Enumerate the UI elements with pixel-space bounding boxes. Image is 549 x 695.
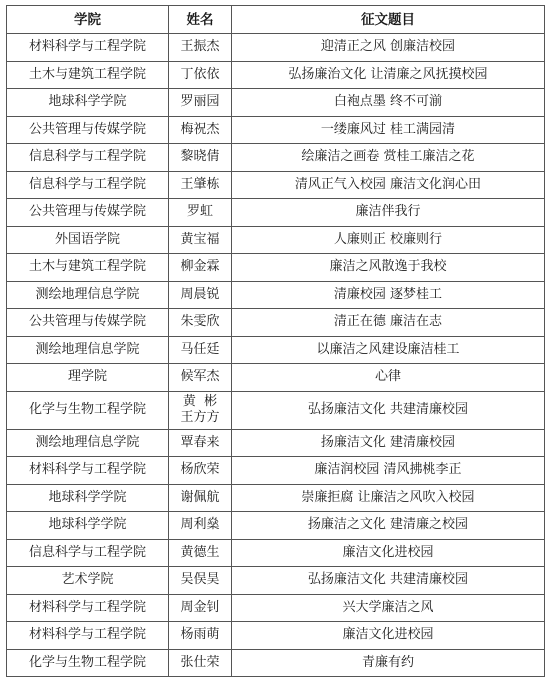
name-cell: 朱雯欣 [169, 309, 232, 337]
title-cell: 绘廉洁之画卷 赏桂工廉洁之花 [232, 144, 545, 172]
title-cell: 清廉校园 逐梦桂工 [232, 281, 545, 309]
table-row: 化学与生物工程学院黄 彬王方方弘扬廉洁文化 共建清廉校园 [7, 391, 545, 429]
table-row: 材料科学与工程学院周金钊兴大学廉洁之风 [7, 594, 545, 622]
table-row: 测绘地理信息学院马任廷以廉洁之风建设廉洁桂工 [7, 336, 545, 364]
essay-winners-table: 学院 姓名 征文题目 材料科学与工程学院王振杰迎清正之风 创廉洁校园 土木与建筑… [6, 5, 545, 677]
college-cell: 材料科学与工程学院 [7, 34, 169, 62]
name-cell: 周晨锐 [169, 281, 232, 309]
table-row: 信息科学与工程学院黄德生廉洁文化进校园 [7, 539, 545, 567]
table-row: 地球科学学院罗丽园白袍点墨 终不可湔 [7, 89, 545, 117]
table-row: 公共管理与传媒学院朱雯欣清正在德 廉洁在志 [7, 309, 545, 337]
title-cell: 廉洁润校园 清风拂桃李正 [232, 457, 545, 485]
title-cell: 人廉则正 校廉则行 [232, 226, 545, 254]
name-cell: 罗虹 [169, 199, 232, 227]
table-row: 外国语学院黄宝福人廉则正 校廉则行 [7, 226, 545, 254]
title-cell: 扬廉洁文化 建清廉校园 [232, 429, 545, 457]
college-cell: 公共管理与传媒学院 [7, 116, 169, 144]
table-row: 公共管理与传媒学院罗虹廉洁伴我行 [7, 199, 545, 227]
name-cell: 张仕荣 [169, 649, 232, 677]
college-cell: 材料科学与工程学院 [7, 622, 169, 650]
title-cell: 弘扬廉洁文化 共建清廉校园 [232, 391, 545, 429]
title-cell: 崇廉拒腐 让廉洁之风吹入校园 [232, 484, 545, 512]
college-cell: 土木与建筑工程学院 [7, 254, 169, 282]
title-cell: 迎清正之风 创廉洁校园 [232, 34, 545, 62]
college-cell: 公共管理与传媒学院 [7, 199, 169, 227]
title-cell: 以廉洁之风建设廉洁桂工 [232, 336, 545, 364]
table-row: 公共管理与传媒学院梅祝杰一缕廉风过 桂工满园清 [7, 116, 545, 144]
header-title: 征文题目 [232, 6, 545, 34]
name-cell: 王振杰 [169, 34, 232, 62]
college-cell: 土木与建筑工程学院 [7, 61, 169, 89]
college-cell: 信息科学与工程学院 [7, 539, 169, 567]
title-cell: 清风正气入校园 廉洁文化润心田 [232, 171, 545, 199]
name-cell: 吴俣昊 [169, 567, 232, 595]
college-cell: 化学与生物工程学院 [7, 649, 169, 677]
name-cell: 黄 彬王方方 [169, 391, 232, 429]
table-row: 材料科学与工程学院杨雨萌廉洁文化进校园 [7, 622, 545, 650]
title-cell: 弘扬廉洁文化 共建清廉校园 [232, 567, 545, 595]
name-cell: 王肇栋 [169, 171, 232, 199]
table-row: 地球科学学院谢佩航崇廉拒腐 让廉洁之风吹入校园 [7, 484, 545, 512]
name-cell: 黄德生 [169, 539, 232, 567]
name-cell: 梅祝杰 [169, 116, 232, 144]
name-cell: 谢佩航 [169, 484, 232, 512]
name-cell: 覃春来 [169, 429, 232, 457]
college-cell: 公共管理与传媒学院 [7, 309, 169, 337]
name-cell: 丁依依 [169, 61, 232, 89]
title-cell: 廉洁之风散逸于我校 [232, 254, 545, 282]
name-line: 王方方 [169, 410, 231, 426]
name-line: 黄 彬 [169, 394, 231, 410]
table-row: 材料科学与工程学院王振杰迎清正之风 创廉洁校园 [7, 34, 545, 62]
college-cell: 测绘地理信息学院 [7, 336, 169, 364]
table-row: 测绘地理信息学院周晨锐清廉校园 逐梦桂工 [7, 281, 545, 309]
name-cell: 黄宝福 [169, 226, 232, 254]
table-row: 信息科学与工程学院王肇栋清风正气入校园 廉洁文化润心田 [7, 171, 545, 199]
table-row: 艺术学院吴俣昊弘扬廉洁文化 共建清廉校园 [7, 567, 545, 595]
title-cell: 青廉有约 [232, 649, 545, 677]
title-cell: 廉洁伴我行 [232, 199, 545, 227]
college-cell: 地球科学学院 [7, 89, 169, 117]
title-cell: 廉洁文化进校园 [232, 622, 545, 650]
title-cell: 心律 [232, 364, 545, 392]
title-cell: 弘扬廉治文化 让清廉之风抚摸校园 [232, 61, 545, 89]
name-cell: 候军杰 [169, 364, 232, 392]
name-cell: 周金钊 [169, 594, 232, 622]
college-cell: 外国语学院 [7, 226, 169, 254]
table-row: 材料科学与工程学院杨欣荣廉洁润校园 清风拂桃李正 [7, 457, 545, 485]
college-cell: 材料科学与工程学院 [7, 594, 169, 622]
title-cell: 清正在德 廉洁在志 [232, 309, 545, 337]
table-row: 信息科学与工程学院黎晓倩绘廉洁之画卷 赏桂工廉洁之花 [7, 144, 545, 172]
table-row: 理学院候军杰心律 [7, 364, 545, 392]
college-cell: 信息科学与工程学院 [7, 144, 169, 172]
header-college: 学院 [7, 6, 169, 34]
table-row: 土木与建筑工程学院柳金霖廉洁之风散逸于我校 [7, 254, 545, 282]
college-cell: 测绘地理信息学院 [7, 281, 169, 309]
name-cell: 杨欣荣 [169, 457, 232, 485]
name-cell: 杨雨萌 [169, 622, 232, 650]
college-cell: 艺术学院 [7, 567, 169, 595]
table-row: 化学与生物工程学院张仕荣青廉有约 [7, 649, 545, 677]
college-cell: 地球科学学院 [7, 512, 169, 540]
table-row: 土木与建筑工程学院丁依依弘扬廉治文化 让清廉之风抚摸校园 [7, 61, 545, 89]
table-row: 地球科学学院周利燊扬廉洁之文化 建清廉之校园 [7, 512, 545, 540]
title-cell: 白袍点墨 终不可湔 [232, 89, 545, 117]
title-cell: 兴大学廉洁之风 [232, 594, 545, 622]
college-cell: 信息科学与工程学院 [7, 171, 169, 199]
college-cell: 化学与生物工程学院 [7, 391, 169, 429]
college-cell: 地球科学学院 [7, 484, 169, 512]
title-cell: 扬廉洁之文化 建清廉之校园 [232, 512, 545, 540]
college-cell: 理学院 [7, 364, 169, 392]
table-row: 测绘地理信息学院覃春来扬廉洁文化 建清廉校园 [7, 429, 545, 457]
header-row: 学院 姓名 征文题目 [7, 6, 545, 34]
header-name: 姓名 [169, 6, 232, 34]
name-cell: 黎晓倩 [169, 144, 232, 172]
name-cell: 柳金霖 [169, 254, 232, 282]
title-cell: 廉洁文化进校园 [232, 539, 545, 567]
name-cell: 罗丽园 [169, 89, 232, 117]
title-cell: 一缕廉风过 桂工满园清 [232, 116, 545, 144]
name-cell: 周利燊 [169, 512, 232, 540]
college-cell: 测绘地理信息学院 [7, 429, 169, 457]
college-cell: 材料科学与工程学院 [7, 457, 169, 485]
name-cell: 马任廷 [169, 336, 232, 364]
